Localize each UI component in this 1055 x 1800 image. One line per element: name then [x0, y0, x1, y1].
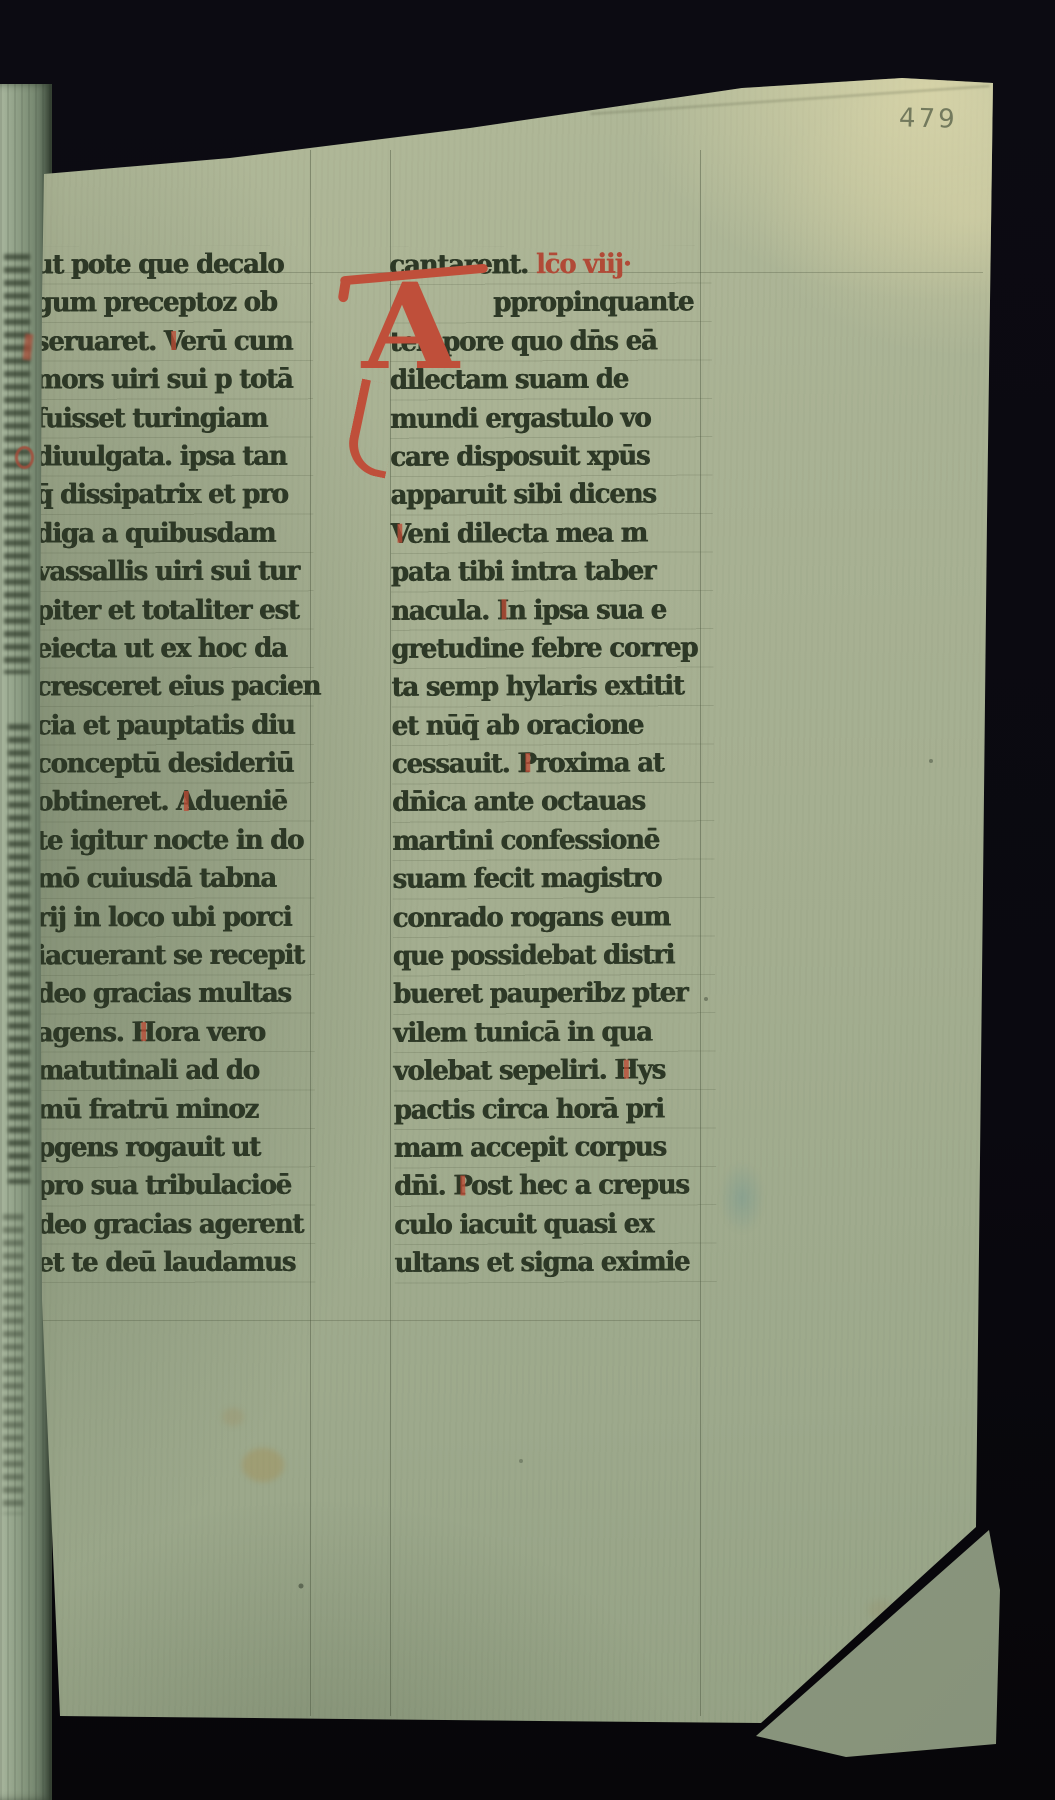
text-line: cia et pauptatis diu: [36, 706, 303, 745]
ink-bleed-smudge: [712, 1150, 772, 1245]
text-line: martini confessionē: [392, 821, 701, 861]
manuscript-text: volebat sepeliri.: [394, 1055, 615, 1087]
text-line: rij in loco ubi porci: [36, 898, 303, 937]
manuscript-text: ut pote que decalo: [35, 249, 284, 281]
manuscript-text: nacula.: [391, 595, 497, 627]
manuscript-text: deo gracias agerent: [37, 1208, 303, 1240]
text-line: conceptū desideriū: [36, 745, 303, 784]
parchment-page: 479 ut pote que decalogum preceptoz obse…: [0, 0, 1055, 1800]
manuscript-text: conrado rogans eum: [393, 901, 670, 933]
manuscript-text: suam fecit magistro: [393, 863, 662, 895]
text-line: mō cuiusdā tabna: [36, 860, 303, 899]
bleed-through-text: [3, 1214, 23, 1514]
manuscript-text: erū cum: [180, 325, 292, 356]
manuscript-text: ppropinquante: [493, 287, 693, 319]
manuscript-text: seruaret.: [35, 326, 164, 357]
manuscript-text: P: [453, 1171, 471, 1202]
manuscript-text: deo gracias multas: [37, 978, 291, 1010]
text-line: ultans et signa eximie: [395, 1243, 704, 1283]
manuscript-text: mors uiri sui p totā: [35, 364, 293, 396]
text-line: diuulgata. ipsa tan: [35, 438, 302, 477]
manuscript-text: mō cuiusdā tabna: [36, 863, 276, 895]
manuscript-text: mū fratrū minoz: [37, 1093, 258, 1125]
manuscript-photo: 479 ut pote que decalogum preceptoz obse…: [0, 0, 1055, 1800]
manuscript-text: eiecta ut ex hoc da: [36, 633, 287, 665]
text-line: dn̄ica ante octauas: [392, 783, 701, 823]
parchment-specks: [0, 0, 2, 2]
text-line: seruaret. Verū cum: [35, 322, 302, 361]
text-line: gum preceptoz ob: [35, 284, 302, 323]
manuscript-text: cia et pauptatis diu: [36, 709, 295, 741]
manuscript-text: cessauit.: [392, 748, 518, 780]
text-line: Veni dilecta mea m: [391, 514, 700, 554]
manuscript-text: q̄ dissipatrix et pro: [35, 479, 288, 511]
manuscript-text: vilem tunicā in qua: [393, 1016, 652, 1048]
manuscript-text: H: [614, 1055, 638, 1086]
manuscript-text: gretudine febre correp: [391, 632, 697, 665]
text-line: ut pote que decalo: [35, 246, 302, 285]
manuscript-text: H: [132, 1017, 155, 1048]
text-line: pgens rogauit ut: [37, 1129, 304, 1168]
manuscript-text: culo iacuit quasi ex: [394, 1208, 653, 1240]
text-line: q̄ dissipatrix et pro: [35, 476, 302, 515]
manuscript-text: piter et totaliter est: [36, 594, 299, 626]
text-line: cresceret eius pacien: [36, 668, 303, 707]
text-line: eiecta ut ex hoc da: [36, 630, 303, 669]
manuscript-text: et nūq̄ ab oracione: [392, 709, 644, 741]
text-line: matutinali ad do: [37, 1052, 304, 1091]
manuscript-text: diuulgata. ipsa tan: [35, 441, 286, 473]
manuscript-text: vassallis uiri sui tur: [35, 556, 299, 588]
manuscript-text: gum preceptoz ob: [35, 287, 277, 319]
manuscript-text: diga a quibusdam: [35, 517, 275, 549]
text-line: ta semp hylaris extitit: [391, 668, 700, 708]
manuscript-text: A: [176, 786, 195, 817]
text-line: et nūq̄ ab oracione: [392, 706, 701, 746]
manuscript-text: pata tibi intra taber: [391, 556, 656, 588]
parchment-stain: [242, 1448, 284, 1482]
ruling-line: [33, 1320, 700, 1321]
manuscript-text: te igitur nocte in do: [36, 825, 303, 857]
bleed-through-text: [8, 724, 30, 1184]
text-line: pro sua tribulacioē: [37, 1167, 304, 1206]
manuscript-text: P: [517, 748, 536, 779]
manuscript-text: iacuerant se recepit: [36, 940, 304, 972]
text-line: volebat sepeliri. Hys: [394, 1051, 703, 1091]
text-line: que possidebat distri: [393, 936, 702, 976]
text-line: apparuit sibi dicens: [390, 476, 699, 516]
manuscript-text: que possidebat distri: [393, 939, 674, 971]
text-line: gretudine febre correp: [391, 629, 700, 669]
text-line: agens. Hora vero: [37, 1013, 304, 1052]
manuscript-text: n ipsa sua e: [508, 594, 666, 626]
text-line: deo gracias agerent: [37, 1205, 304, 1244]
manuscript-text: obtineret.: [36, 786, 176, 817]
text-line: dn̄i. Post hec a crepus: [394, 1167, 703, 1207]
text-line: deo gracias multas: [37, 975, 304, 1014]
manuscript-text: pactis circa horā pri: [394, 1093, 664, 1125]
manuscript-text: rij in loco ubi porci: [36, 901, 291, 933]
red-initial-edge-mark: [15, 446, 34, 469]
text-column-left: ut pote que decalogum preceptoz obseruar…: [35, 246, 316, 1285]
manuscript-text: V: [164, 326, 181, 357]
manuscript-text: dueniē: [195, 786, 287, 817]
text-line: cessauit. Proxima at: [392, 744, 701, 784]
manuscript-text: matutinali ad do: [37, 1055, 259, 1087]
parchment-stain: [868, 1600, 894, 1620]
manuscript-text: dn̄i.: [394, 1171, 453, 1202]
manuscript-text: eni dilecta mea m: [407, 517, 647, 549]
illuminated-initial-A: A: [346, 264, 496, 474]
text-line: nacula. In ipsa sua e: [391, 591, 700, 631]
manuscript-text: martini confessionē: [392, 824, 659, 856]
manuscript-text: ora vero: [155, 1017, 265, 1048]
manuscript-text: dn̄ica ante octauas: [392, 786, 645, 818]
text-line: pactis circa horā pri: [394, 1090, 703, 1130]
rubric-text: lc̄o viij·: [536, 249, 631, 280]
text-line: obtineret. Adueniē: [36, 783, 303, 822]
manuscript-text: mam accepit corpus: [394, 1131, 666, 1163]
text-line: pata tibi intra taber: [391, 552, 700, 592]
manuscript-text: ultans et signa eximie: [395, 1246, 690, 1279]
text-line: et te deū laudamus: [37, 1244, 304, 1283]
manuscript-text: cresceret eius pacien: [36, 671, 321, 703]
text-line: mam accepit corpus: [394, 1128, 703, 1168]
text-line: diga a quibusdam: [35, 514, 302, 553]
text-line: fuisset turingiam: [35, 399, 302, 438]
text-line: culo iacuit quasi ex: [394, 1205, 703, 1245]
manuscript-text: I: [497, 595, 508, 626]
manuscript-text: apparuit sibi dicens: [391, 479, 656, 511]
manuscript-text: pro sua tribulacioē: [37, 1170, 291, 1202]
text-line: vassallis uiri sui tur: [35, 553, 302, 592]
folio-number: 479: [899, 103, 958, 135]
text-line: mors uiri sui p totā: [35, 361, 302, 400]
text-line: mū fratrū minoz: [37, 1090, 304, 1129]
manuscript-text: fuisset turingiam: [35, 402, 267, 434]
text-line: suam fecit magistro: [393, 859, 702, 899]
text-line: iacuerant se recepit: [36, 937, 303, 976]
text-line: piter et totaliter est: [36, 591, 303, 630]
text-line: bueret pauperibz pter: [393, 975, 702, 1015]
manuscript-text: ost hec a crepus: [471, 1170, 689, 1202]
manuscript-text: ys: [638, 1055, 666, 1086]
manuscript-text: V: [391, 518, 408, 549]
parchment-stain: [222, 1408, 244, 1426]
text-line: conrado rogans eum: [393, 898, 702, 938]
text-line: te igitur nocte in do: [36, 822, 303, 861]
manuscript-text: bueret pauperibz pter: [393, 978, 688, 1011]
text-line: vilem tunicā in qua: [393, 1013, 702, 1053]
manuscript-text: pgens rogauit ut: [37, 1132, 260, 1164]
manuscript-text: et te deū laudamus: [37, 1247, 295, 1279]
manuscript-text: ta semp hylaris extitit: [392, 671, 684, 704]
manuscript-text: roxima at: [536, 747, 664, 779]
manuscript-text: conceptū desideriū: [36, 748, 294, 780]
initial-letter: A: [362, 272, 458, 382]
manuscript-text: agens.: [37, 1017, 132, 1048]
